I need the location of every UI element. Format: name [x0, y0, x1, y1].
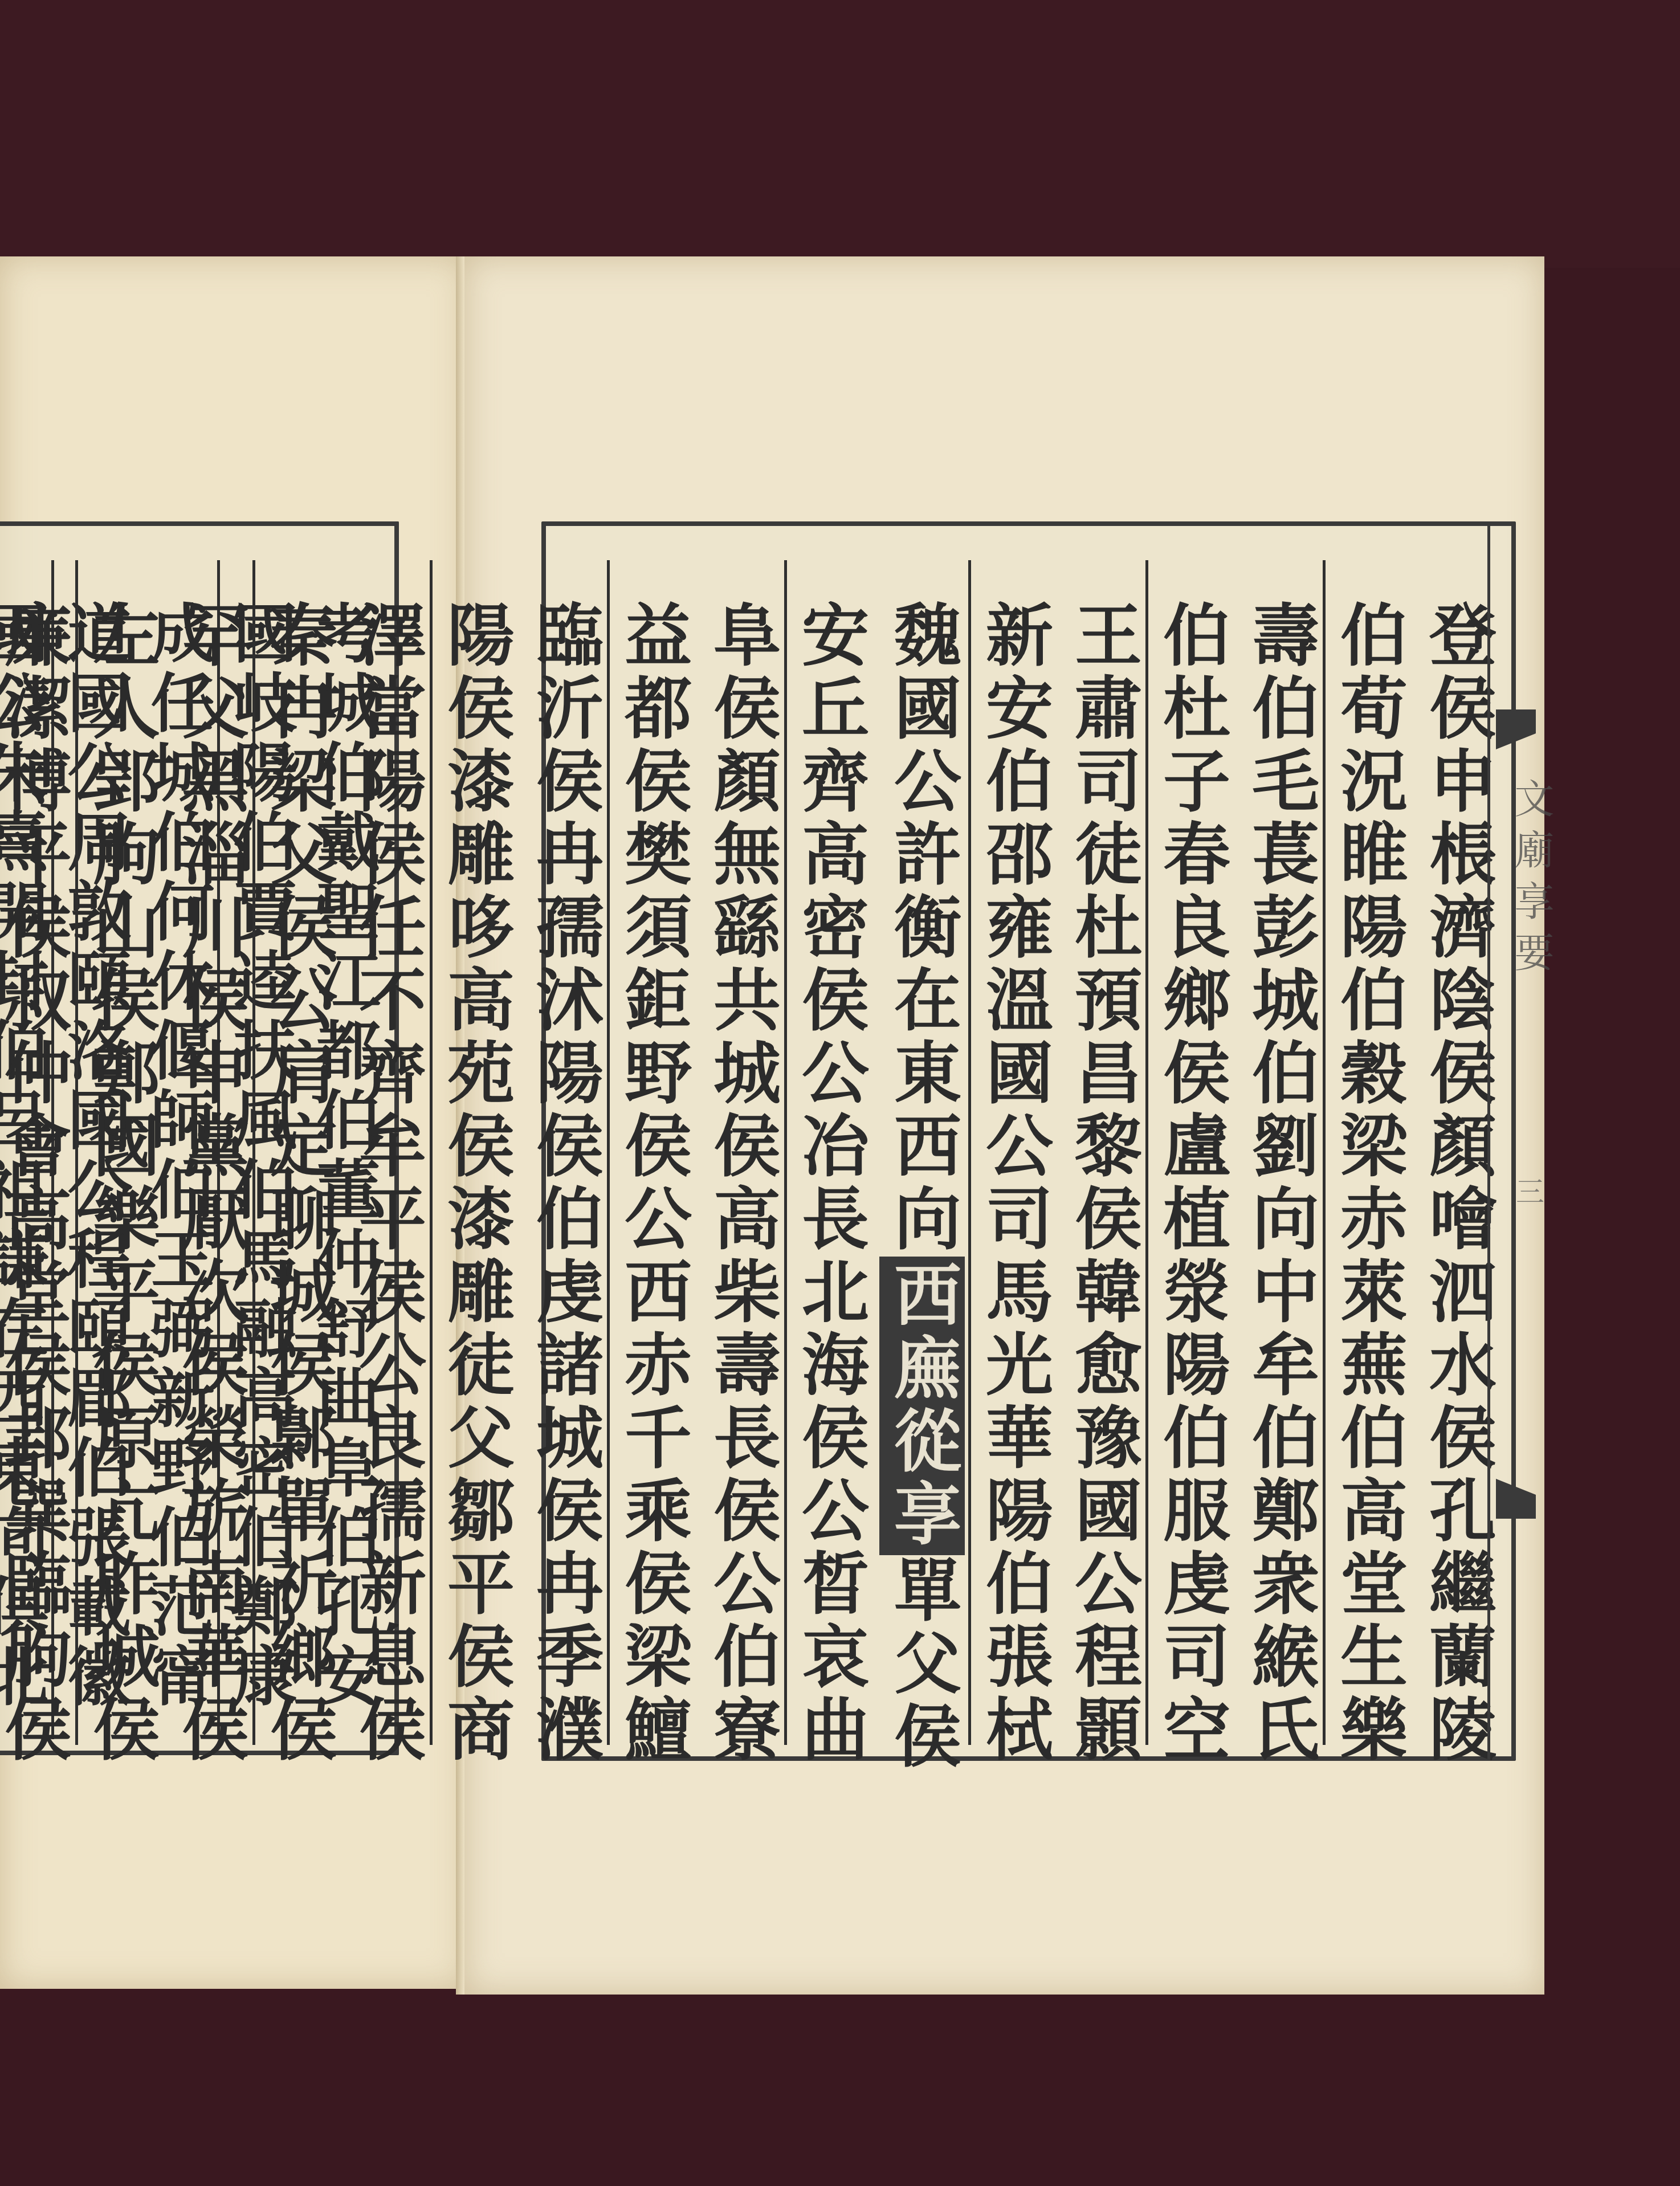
- right-page-frame: 登侯申棖濟陰侯顏噲泗水侯孔繼蘭陵 伯荀況睢陽伯穀梁赤萊蕪伯高堂生樂 壽伯毛萇彭城…: [541, 521, 1516, 1761]
- text-column: 罕父黑淄川侯申黨厭次侯榮旂南華侯 左人郢朐山侯鄭國樂平侯原亢胙城侯: [75, 560, 252, 1745]
- fish-tail-ornament-icon: [1496, 1479, 1536, 1519]
- column-line: 新安伯邵雍溫國公司馬光華陽伯張栻: [971, 600, 1057, 1745]
- column-line: 秦冉梁父侯公肩定聊城侯鄡單祈鄉侯: [255, 600, 341, 1745]
- column-line-head: 魏國公許衡在東西向: [883, 600, 962, 1257]
- column-line: 壽伯毛萇彭城伯劉向中牟伯鄭衆緱氏: [1237, 600, 1323, 1745]
- margin-page-number: 三: [1507, 1177, 1548, 1205]
- column-line: 伯杜子春良鄉侯盧植滎陽伯服虔司空: [1148, 600, 1234, 1745]
- text-column: 廉潔博平侯叔仲會高堂侯邽巽臨朐侯 公西輿如內黃侯蘧伯玉長山侯林放南: [0, 560, 75, 1745]
- text-column: 魏國公許衡在東西向西廡從享單父侯 安丘齊高密侯公冶長北海侯公晳哀曲: [784, 560, 968, 1745]
- text-column: 澤當陽侯任不齊牟平侯公良孺新息侯 秦冉梁父侯公肩定聊城侯鄡單祈鄉侯: [252, 560, 430, 1745]
- text-column: 臨沂侯冉孺沭陽侯伯虔諸城侯冉季濮 陽侯漆雕哆高苑侯漆雕徒父鄒平侯商: [430, 560, 607, 1745]
- column-line: 澤當陽侯任不齊牟平侯公良孺新息侯: [344, 600, 430, 1745]
- margin-title: 文廟享要: [1503, 778, 1560, 983]
- column-line: 阜侯顏無繇共城侯高柴壽長侯公伯寮: [699, 600, 784, 1745]
- section-label: 西廡從享: [879, 1257, 965, 1555]
- text-column: 登侯申棖濟陰侯顏噲泗水侯孔繼蘭陵 伯荀況睢陽伯穀梁赤萊蕪伯高堂生樂: [1323, 560, 1500, 1745]
- column-line: 臨沂侯冉孺沭陽侯伯虔諸城侯冉季濮: [521, 600, 607, 1745]
- column-line: 魏國公許衡在東西向西廡從享單父侯: [876, 600, 968, 1745]
- text-column: 壽伯毛萇彭城伯劉向中牟伯鄭衆緱氏 伯杜子春良鄉侯盧植滎陽伯服虔司空: [1145, 560, 1323, 1745]
- column-line: 益都侯樊須鉅野侯公西赤千乘侯梁鱣: [610, 600, 695, 1745]
- text-column: 王肅司徒杜預昌黎侯韓愈豫國公程顥 新安伯邵雍溫國公司馬光華陽伯張栻: [968, 560, 1145, 1745]
- column-line-tail: 單父侯: [883, 1555, 962, 1774]
- column-line: 王肅司徒杜預昌黎侯韓愈豫國公程顥: [1060, 600, 1145, 1745]
- center-margin-strip: 文廟享要 三: [1487, 521, 1544, 1761]
- right-page-columns: 登侯申棖濟陰侯顏噲泗水侯孔繼蘭陵 伯荀況睢陽伯穀梁赤萊蕪伯高堂生樂 壽伯毛萇彭城…: [557, 560, 1500, 1745]
- column-line: 罕父黑淄川侯申黨厭次侯榮旂南華侯: [167, 600, 252, 1745]
- column-line: 左人郢朐山侯鄭國樂平侯原亢胙城侯: [78, 600, 164, 1745]
- column-line: 伯荀況睢陽伯穀梁赤萊蕪伯高堂生樂: [1326, 600, 1411, 1745]
- text-column: 阜侯顏無繇共城侯高柴壽長侯公伯寮 益都侯樊須鉅野侯公西赤千乘侯梁鱣: [607, 560, 784, 1745]
- fish-tail-ornament-icon: [1496, 709, 1536, 749]
- column-line: 陽侯漆雕哆高苑侯漆雕徒父鄒平侯商: [433, 600, 518, 1745]
- column-line: 廉潔博平侯叔仲會高堂侯邽巽臨朐侯: [0, 600, 75, 1745]
- dark-backdrop: [0, 0, 1680, 268]
- column-line: 安丘齊高密侯公冶長北海侯公晳哀曲: [787, 600, 872, 1745]
